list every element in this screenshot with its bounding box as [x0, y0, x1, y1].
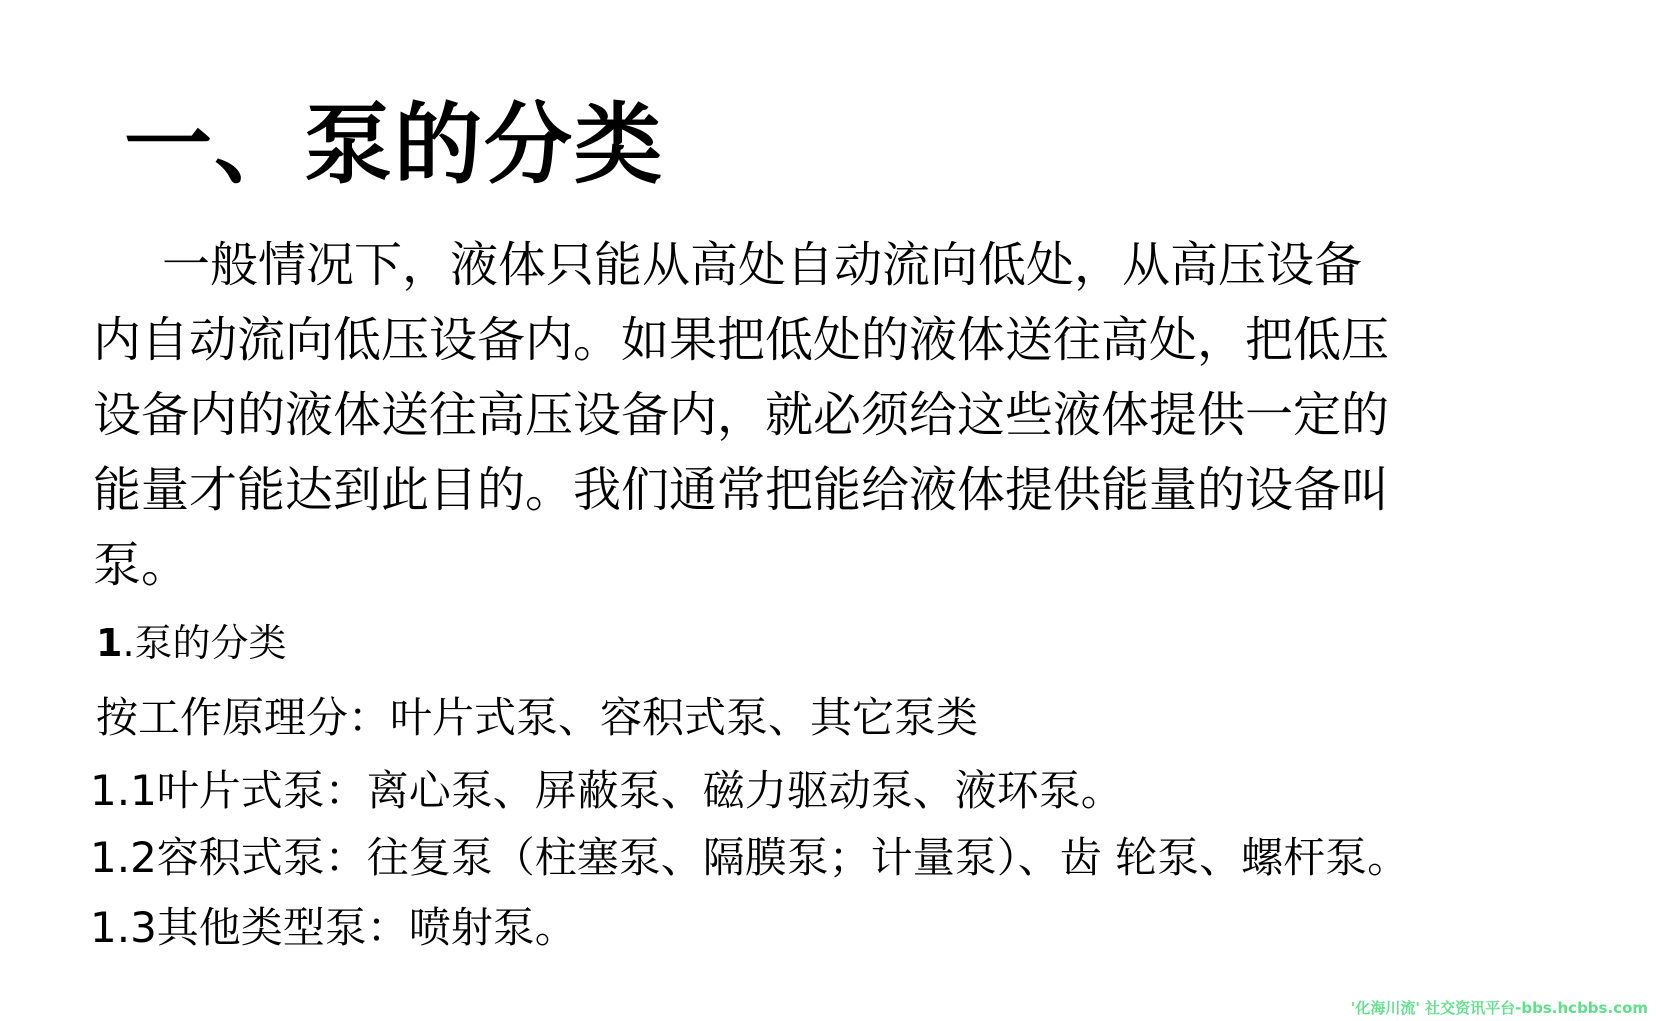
section-heading-text: .泵的分类 [122, 621, 286, 665]
classification-item-vane-pumps: 1.1叶片式泵：离心泵、屏蔽泵、磁力驱动泵、液环泵。 [90, 763, 1123, 819]
classification-item-positive-displacement-pumps: 1.2容积式泵：往复泵（柱塞泵、隔膜泵；计量泵）、齿 轮泵、螺杆泵。 [90, 830, 1409, 886]
paragraph-line: 泵。 [93, 528, 1433, 603]
section-number: 1 [96, 621, 122, 665]
intro-paragraph: 一般情况下，液体只能从高处自动流向低处，从高压设备 内自动流向低压设备内。如果把… [93, 228, 1433, 603]
classification-principle: 按工作原理分：叶片式泵、容积式泵、其它泵类 [96, 690, 978, 746]
paragraph-line: 能量才能达到此目的。我们通常把能给液体提供能量的设备叫 [93, 453, 1433, 528]
section-heading: 1.泵的分类 [96, 617, 287, 669]
paragraph-line: 内自动流向低压设备内。如果把低处的液体送往高处，把低压 [93, 303, 1433, 378]
watermark: '化海川流' 社交资讯平台-bbs.hcbbs.com [1351, 997, 1648, 1018]
paragraph-line: 一般情况下，液体只能从高处自动流向低处，从高压设备 [93, 228, 1433, 303]
slide: 一、泵的分类 一般情况下，液体只能从高处自动流向低处，从高压设备 内自动流向低压… [0, 0, 1656, 1021]
paragraph-line: 设备内的液体送往高压设备内，就必须给这些液体提供一定的 [93, 378, 1433, 453]
slide-title: 一、泵的分类 [124, 86, 664, 204]
classification-item-other-pumps: 1.3其他类型泵：喷射泵。 [90, 900, 577, 956]
